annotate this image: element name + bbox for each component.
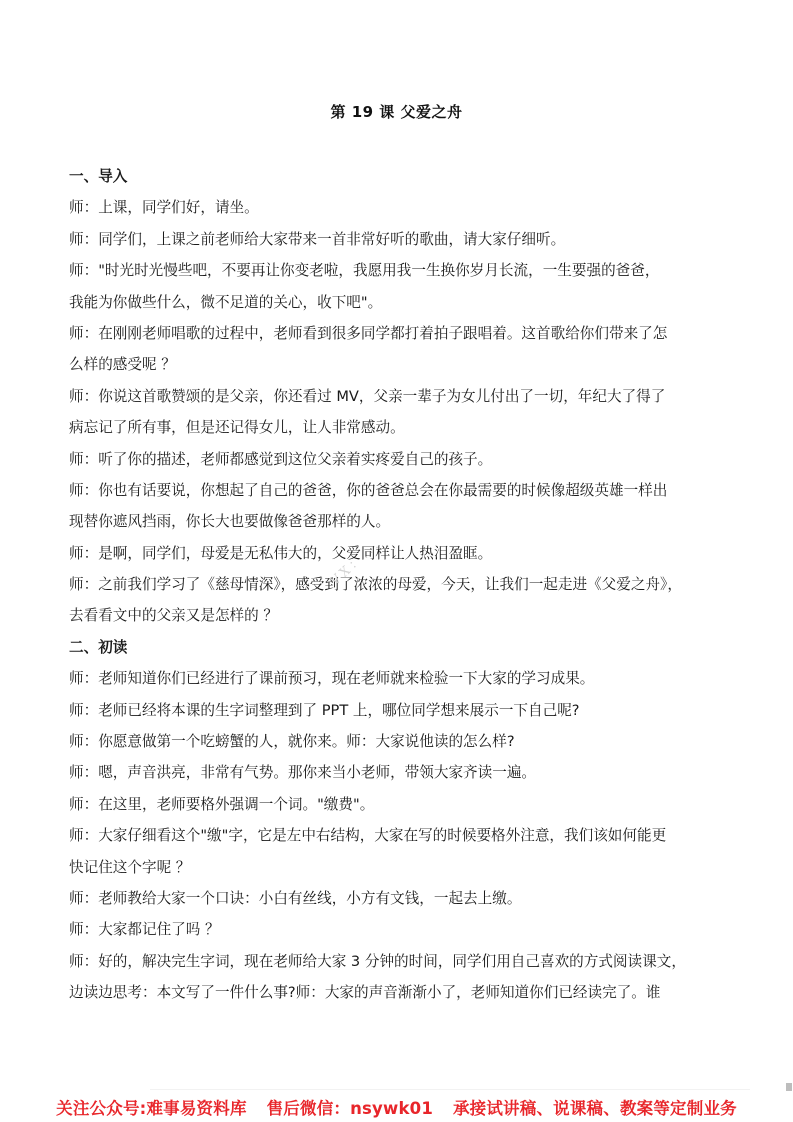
paragraph-line: 师：大家仔细看这个"缴"字，它是左中右结构，大家在写的时候要格外注意，我们该如何… — [69, 820, 723, 851]
paragraph-line: 师：老师知道你们已经进行了课前预习，现在老师就来检验一下大家的学习成果。 — [69, 663, 723, 694]
paragraph-line: 师：之前我们学习了《慈母情深》，感受到了浓浓的母爱，今天，让我们一起走进《父爱之… — [69, 569, 723, 600]
paragraph-line: 师：老师教给大家一个口诀：小白有丝线，小方有文钱，一起去上缴。 — [69, 883, 723, 914]
footer-divider — [150, 1089, 750, 1090]
paragraph-line: 师：上课，同学们好，请坐。 — [69, 192, 723, 223]
paragraph-line: 师：你也有话要说，你想起了自己的爸爸，你的爸爸总会在你最需要的时候像超级英雄一样… — [69, 475, 723, 506]
page-title: 第 19 课 父爱之舟 — [0, 101, 793, 122]
paragraph-line: 师：大家都记住了吗 ？ — [69, 914, 723, 945]
paragraph-line: 师："时光时光慢些吧，不要再让你变老啦，我愿用我一生换你岁月长流，一生要强的爸爸… — [69, 255, 723, 286]
paragraph-line: 病忘记了所有事，但是还记得女儿，让人非常感动。 — [69, 412, 723, 443]
paragraph-line: 师：是啊，同学们，母爱是无私伟大的，父爱同样让人热泪盈眶。 — [69, 538, 723, 569]
paragraph-line: 去看看文中的父亲又是怎样的 ？ — [69, 600, 723, 631]
paragraph-line: 么样的感受呢 ？ — [69, 349, 723, 380]
paragraph-line: 我能为你做些什么，微不足道的关心，收下吧"。 — [69, 287, 723, 318]
footer-service-text: 承接试讲稿、说课稿、教案等定制业务 — [453, 1099, 737, 1118]
paragraph-line: 师：在这里，老师要格外强调一个词。"缴费"。 — [69, 789, 723, 820]
paragraph-line: 快记住这个字呢 ？ — [69, 852, 723, 883]
paragraph-line: 边读边思考：本文写了一件什么事?师：大家的声音渐渐小了，老师知道你们已经读完了。… — [69, 977, 723, 1008]
corner-mark-icon — [786, 1083, 792, 1091]
paragraph-line: 师：好的，解决完生字词，现在老师给大家 3 分钟的时间，同学们用自己喜欢的方式阅… — [69, 946, 723, 977]
footer-account-text: 关注公众号:难事易资料库 — [56, 1099, 247, 1118]
paragraph-line: 师：你说这首歌赞颂的是父亲，你还看过 MV，父亲一辈子为女儿付出了一切，年纪大了… — [69, 381, 723, 412]
paragraph-line: 师：听了你的描述，老师都感觉到这位父亲着实疼爱自己的孩子。 — [69, 444, 723, 475]
paragraph-line: 师：在刚刚老师唱歌的过程中，老师看到很多同学都打着拍子跟唱着。这首歌给你们带来了… — [69, 318, 723, 349]
section-heading-first-reading: 二、初读 — [69, 632, 723, 663]
footer-wechat-text: 售后微信：nsywk01 — [267, 1099, 433, 1118]
paragraph-line: 师：同学们，上课之前老师给大家带来一首非常好听的歌曲，请大家仔细听。 — [69, 224, 723, 255]
paragraph-line: 师：老师已经将本课的生字词整理到了 PPT 上，哪位同学想来展示一下自己呢? — [69, 695, 723, 726]
footer-banner: 关注公众号:难事易资料库 售后微信：nsywk01 承接试讲稿、说课稿、教案等定… — [0, 1096, 793, 1122]
lesson-body: 一、导入 师：上课，同学们好，请坐。 师：同学们，上课之前老师给大家带来一首非常… — [69, 161, 723, 1009]
section-heading-intro: 一、导入 — [69, 161, 723, 192]
paragraph-line: 现替你遮风挡雨，你长大也要做像爸爸那样的人。 — [69, 506, 723, 537]
paragraph-line: 师：嗯，声音洪亮，非常有气势。那你来当小老师，带领大家齐读一遍。 — [69, 757, 723, 788]
paragraph-line: 师：你愿意做第一个吃螃蟹的人，就你来。师：大家说他读的怎么样? — [69, 726, 723, 757]
